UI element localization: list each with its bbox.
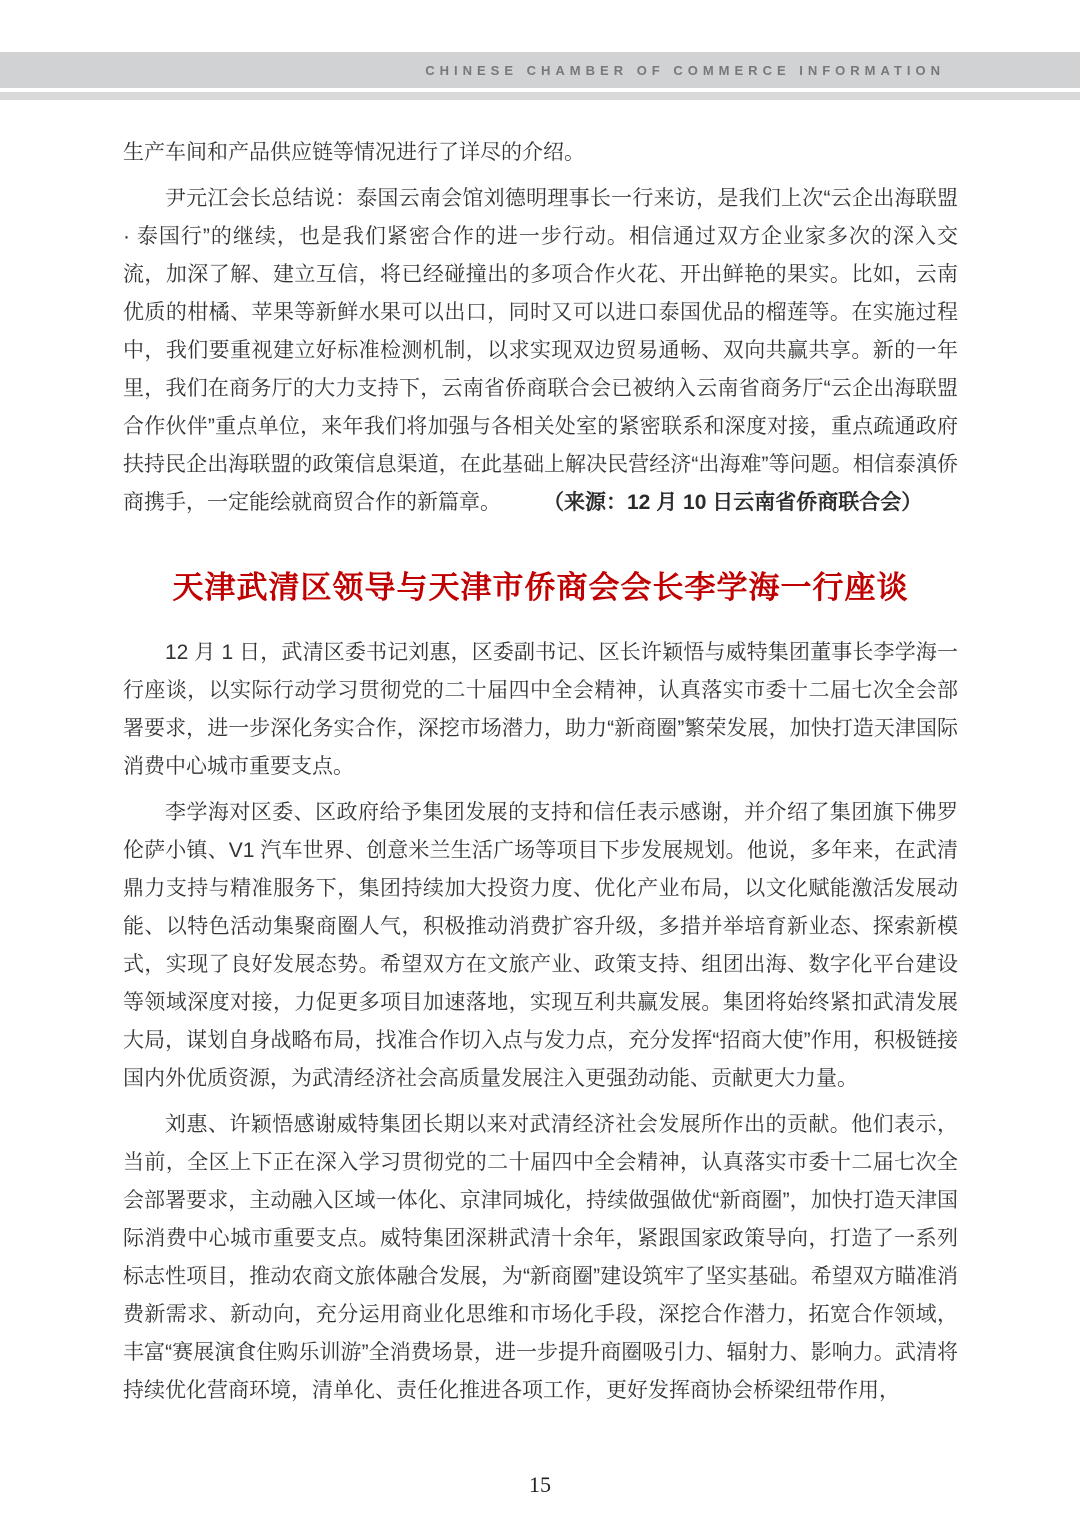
- article2-paragraph-1: 12 月 1 日，武清区委书记刘惠，区委副书记、区长许颖悟与威特集团董事长李学海…: [123, 634, 958, 786]
- article2-paragraph-2: 李学海对区委、区政府给予集团发展的支持和信任表示感谢，并介绍了集团旗下佛罗伦萨小…: [123, 794, 958, 1098]
- article-body: 生产车间和产品供应链等情况进行了详尽的介绍。 尹元江会长总结说：泰国云南会馆刘德…: [0, 100, 1080, 1410]
- document-page: CHINESE CHAMBER OF COMMERCE INFORMATION …: [0, 0, 1080, 1525]
- header-banner-text: CHINESE CHAMBER OF COMMERCE INFORMATION: [425, 63, 945, 78]
- header-banner: CHINESE CHAMBER OF COMMERCE INFORMATION: [0, 52, 1080, 88]
- article1-paragraph-text: 尹元江会长总结说：泰国云南会馆刘德明理事长一行来访，是我们上次“云企出海联盟 ·…: [123, 187, 958, 514]
- article2-paragraph-3: 刘惠、许颖悟感谢威特集团长期以来对武清经济社会发展所作出的贡献。他们表示，当前，…: [123, 1106, 958, 1410]
- page-number: 15: [0, 1472, 1080, 1498]
- article2-title: 天津武清区领导与天津市侨商会会长李学海一行座谈: [123, 566, 958, 610]
- source-attribution: （来源：12 月 10 日云南省侨商联合会）: [554, 491, 923, 514]
- article1-paragraph: 尹元江会长总结说：泰国云南会馆刘德明理事长一行来访，是我们上次“云企出海联盟 ·…: [123, 180, 958, 522]
- article1-paragraph-continuation: 生产车间和产品供应链等情况进行了详尽的介绍。: [123, 134, 958, 172]
- header-divider-bar: [0, 92, 1080, 100]
